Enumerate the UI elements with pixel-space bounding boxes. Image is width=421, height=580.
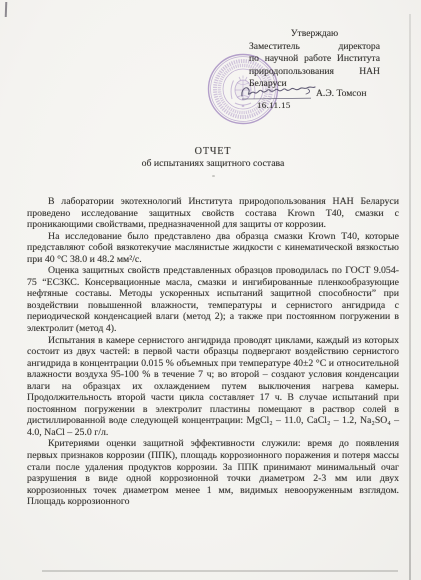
report-title: ОТЧЕТ (27, 146, 399, 157)
approval-date: 16.11.15 (257, 100, 291, 110)
page-bottom-edge (42, 570, 398, 572)
paragraph-1: В лаборатории экотехнологий Института пр… (27, 196, 399, 231)
scan-artifact-topleft (5, 2, 8, 17)
scanned-report-page: Утверждаю Заместитель директора по научн… (0, 0, 421, 580)
report-subtitle: об испытаниях защитного состава (27, 158, 399, 169)
report-body: В лаборатории экотехнологий Института пр… (27, 196, 399, 508)
approval-line: Утверждаю (249, 28, 380, 41)
paragraph-5: Критериями оценки защитной эффективности… (27, 438, 399, 507)
title-block: ОТЧЕТ об испытаниях защитного состава (27, 146, 399, 169)
page-right-edge (409, 14, 411, 580)
paragraph-3: Оценка защитных свойств представленных о… (27, 265, 399, 334)
scan-speckle (212, 175, 215, 177)
paragraph-4: Испытания в камере сернистого ангидрида … (27, 335, 399, 439)
signer-name: А.Э. Томсон (316, 88, 366, 99)
paragraph-2: На исследование было представлено два об… (27, 231, 399, 266)
